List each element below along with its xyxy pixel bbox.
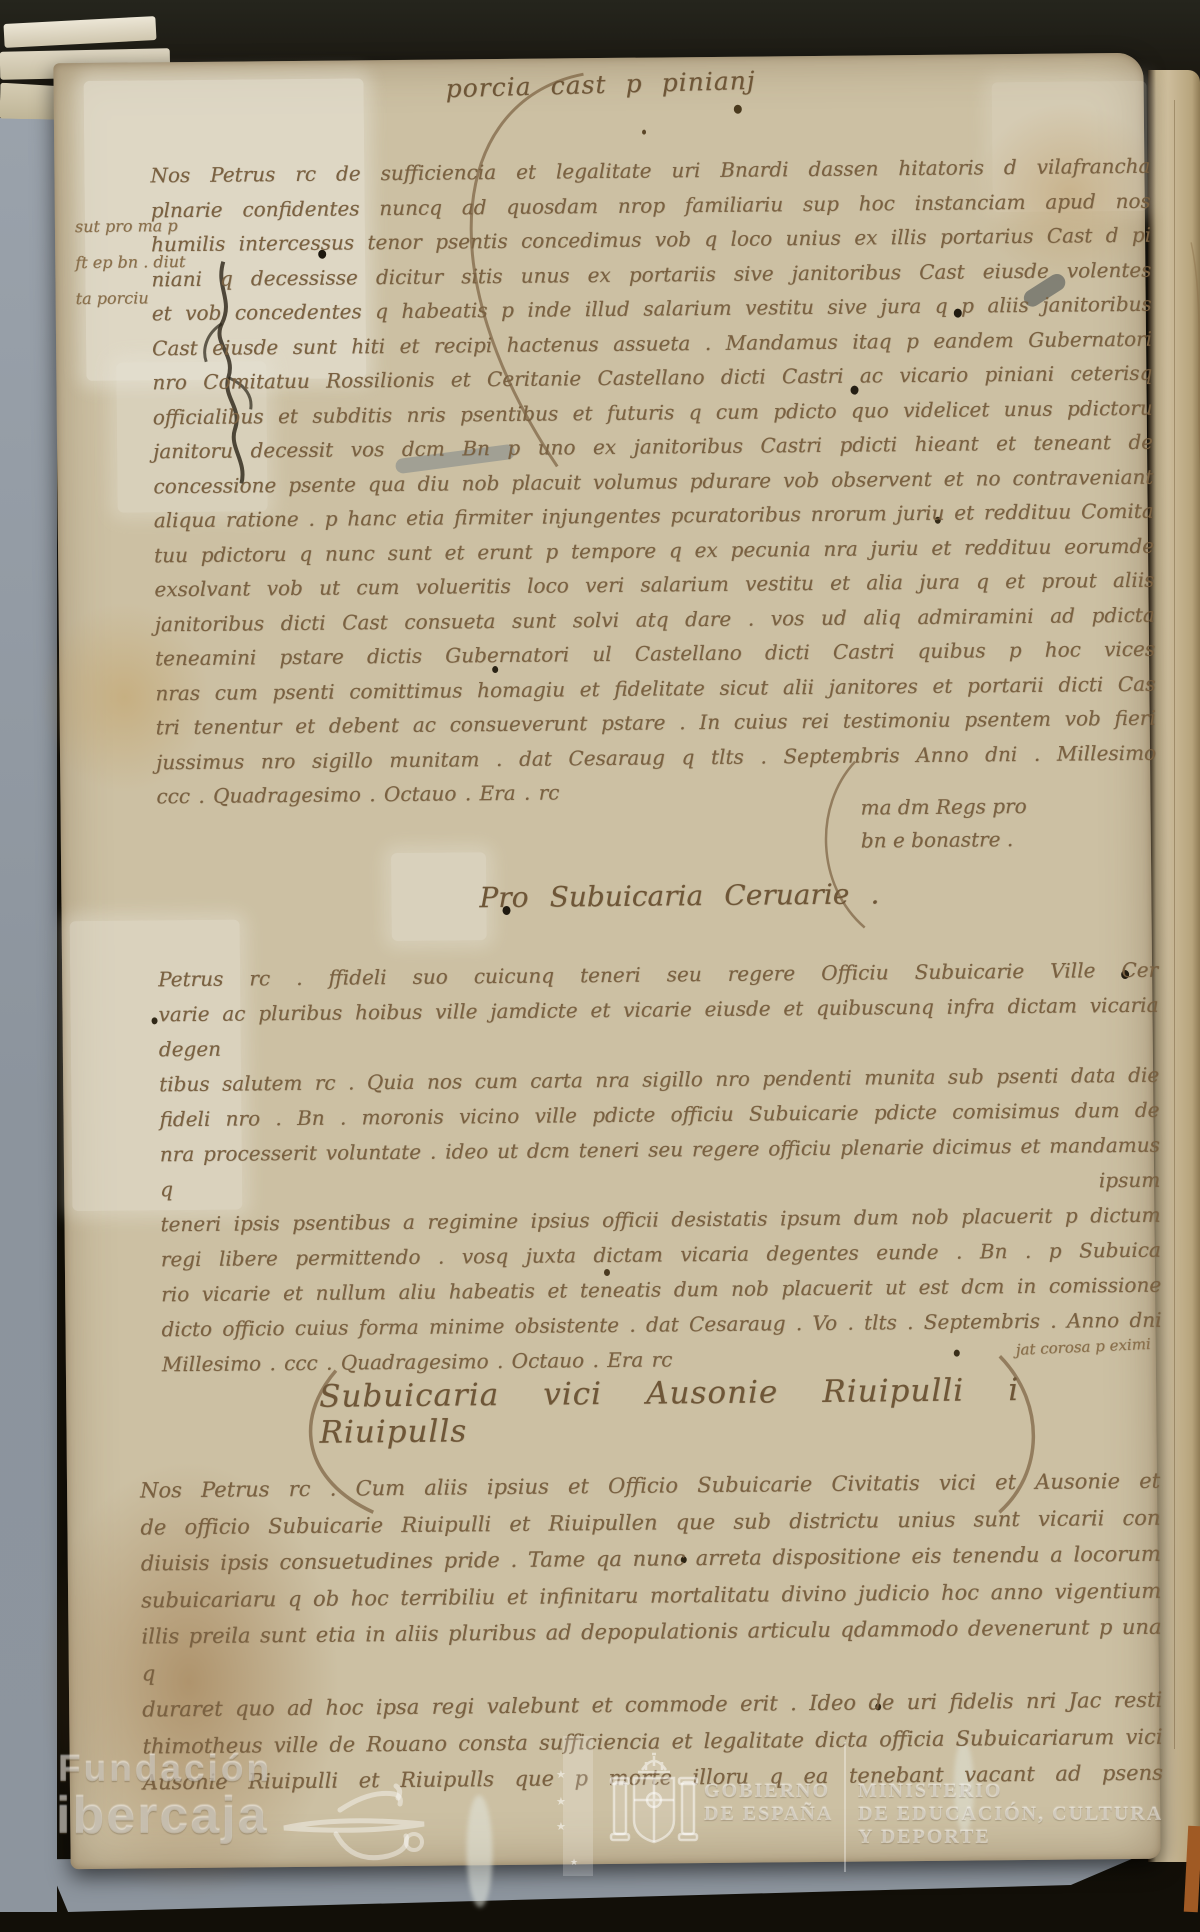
doc3-heading: Subuicaria vici Ausonie Riuipulli i Riui…	[319, 1372, 1020, 1451]
folio-edge	[3, 16, 156, 48]
manuscript-page: porcia cast p pinianj Nos Petrus rc de s…	[53, 53, 1160, 1869]
gobierno-line2: DE ESPAÑA	[704, 1803, 854, 1826]
marginal-pen-mark	[1183, 232, 1200, 532]
manuscript-line: nra processerit voluntate . ideo ut dcm …	[160, 1128, 1161, 1208]
margin-note-line: ta porciu	[75, 280, 225, 317]
doc2-body: Petrus rc . ffideli suo cuicunq teneri s…	[158, 953, 1162, 1383]
pale-drip	[466, 1795, 493, 1907]
chancery-signature: ma dm Regs probn e bonastre .	[860, 789, 1101, 857]
repair-tape-patch	[391, 852, 487, 941]
doc1-margin-note: sut pro ma pft ep bn . diutta porciu	[75, 208, 226, 317]
eu-star-icon: ★	[556, 1795, 566, 1808]
doc1-body: Nos Petrus rc de sufficiencia et legalit…	[150, 149, 1156, 814]
spain-coat-of-arms-icon	[608, 1748, 700, 1856]
margin-note-line: ft ep bn . diut	[75, 244, 225, 281]
manuscript-photo: porcia cast p pinianj Nos Petrus rc de s…	[0, 0, 1200, 1932]
watermark-divider	[844, 1742, 846, 1872]
eu-star-icon: ★	[570, 1858, 578, 1868]
doc2-heading: Pro Subuicaria Ceruarie .	[479, 877, 879, 914]
gobierno-wordmark: GOBIERNO DE ESPAÑA	[704, 1780, 854, 1826]
ministerio-line2: DE EDUCACIÓN, CULTURA	[858, 1803, 1188, 1826]
ministerio-line1: MINISTERIO	[858, 1780, 1188, 1803]
ibercaja-watermark-line1: Fundación	[58, 1748, 272, 1790]
manuscript-line: varie ac pluribus hoibus ville jamdicte …	[158, 988, 1159, 1068]
signature-line: ma dm Regs pro	[860, 789, 1100, 824]
manuscript-line: illis preila sunt etia in aliis pluribus…	[141, 1609, 1162, 1692]
gobierno-line1: GOBIERNO	[704, 1780, 854, 1803]
wormholes	[53, 63, 57, 68]
ministerio-line3: Y DEPORTE	[858, 1826, 1188, 1849]
eu-star-icon: ★	[556, 1768, 566, 1781]
ministerio-wordmark: MINISTERIO DE EDUCACIÓN, CULTURA Y DEPOR…	[858, 1780, 1188, 1849]
ibercaja-logo-icon	[278, 1772, 428, 1872]
eu-flag-fragment	[563, 1736, 593, 1876]
signature-line: bn e bonastre .	[861, 822, 1101, 857]
eu-star-icon: ★	[556, 1820, 566, 1833]
ibercaja-watermark-line2: ibercaja	[56, 1786, 269, 1846]
margin-note-line: sut pro ma p	[75, 208, 225, 245]
